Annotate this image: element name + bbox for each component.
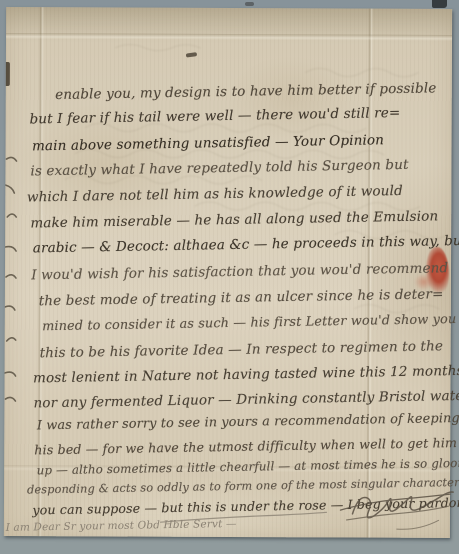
letter-line: the best mode of treating it as an ulcer…: [39, 286, 444, 309]
letter-paper: enable you, my design is to have him bet…: [4, 7, 452, 538]
letter-line: I wou'd wish for his satisfaction that y…: [31, 260, 448, 283]
letter-line: most lenient in Nature not having tasted…: [33, 363, 459, 387]
scanned-letter-page: enable you, my design is to have him bet…: [0, 0, 459, 554]
letter-line: his bed — for we have the utmost difficu…: [34, 435, 457, 457]
letter-line: main above something unsatisfied — Your …: [32, 132, 384, 154]
letter-line: but I fear if his tail were well — there…: [29, 105, 400, 127]
letter-line: make him miserable — he has all along us…: [30, 208, 438, 231]
letter-line: I was rather sorry to see in yours a rec…: [37, 411, 459, 433]
letter-line: enable you, my design is to have him bet…: [55, 80, 437, 103]
letter-line: nor any fermented Liquor — Drinking cons…: [33, 388, 459, 412]
letter-line: desponding & acts so oddly as to form on…: [27, 476, 459, 497]
letter-line: arabic — & Decoct: althaea &c — he proce…: [33, 233, 459, 257]
letter-body: enable you, my design is to have him bet…: [0, 0, 455, 537]
letter-line: which I dare not tell him as his knowled…: [27, 183, 403, 206]
letter-line: mined to consider it as such — his first…: [42, 312, 456, 334]
letter-line: this to be his favorite Idea — In respec…: [40, 338, 444, 361]
letter-line: up — altho sometimes a little chearfull …: [37, 456, 459, 478]
letter-line: you can suppose — but this is under the …: [32, 495, 459, 518]
letter-valediction: I am Dear Sr your most Obd Hble Servt —: [6, 518, 237, 534]
letter-line: is exactly what I have repeatedly told h…: [30, 157, 408, 180]
